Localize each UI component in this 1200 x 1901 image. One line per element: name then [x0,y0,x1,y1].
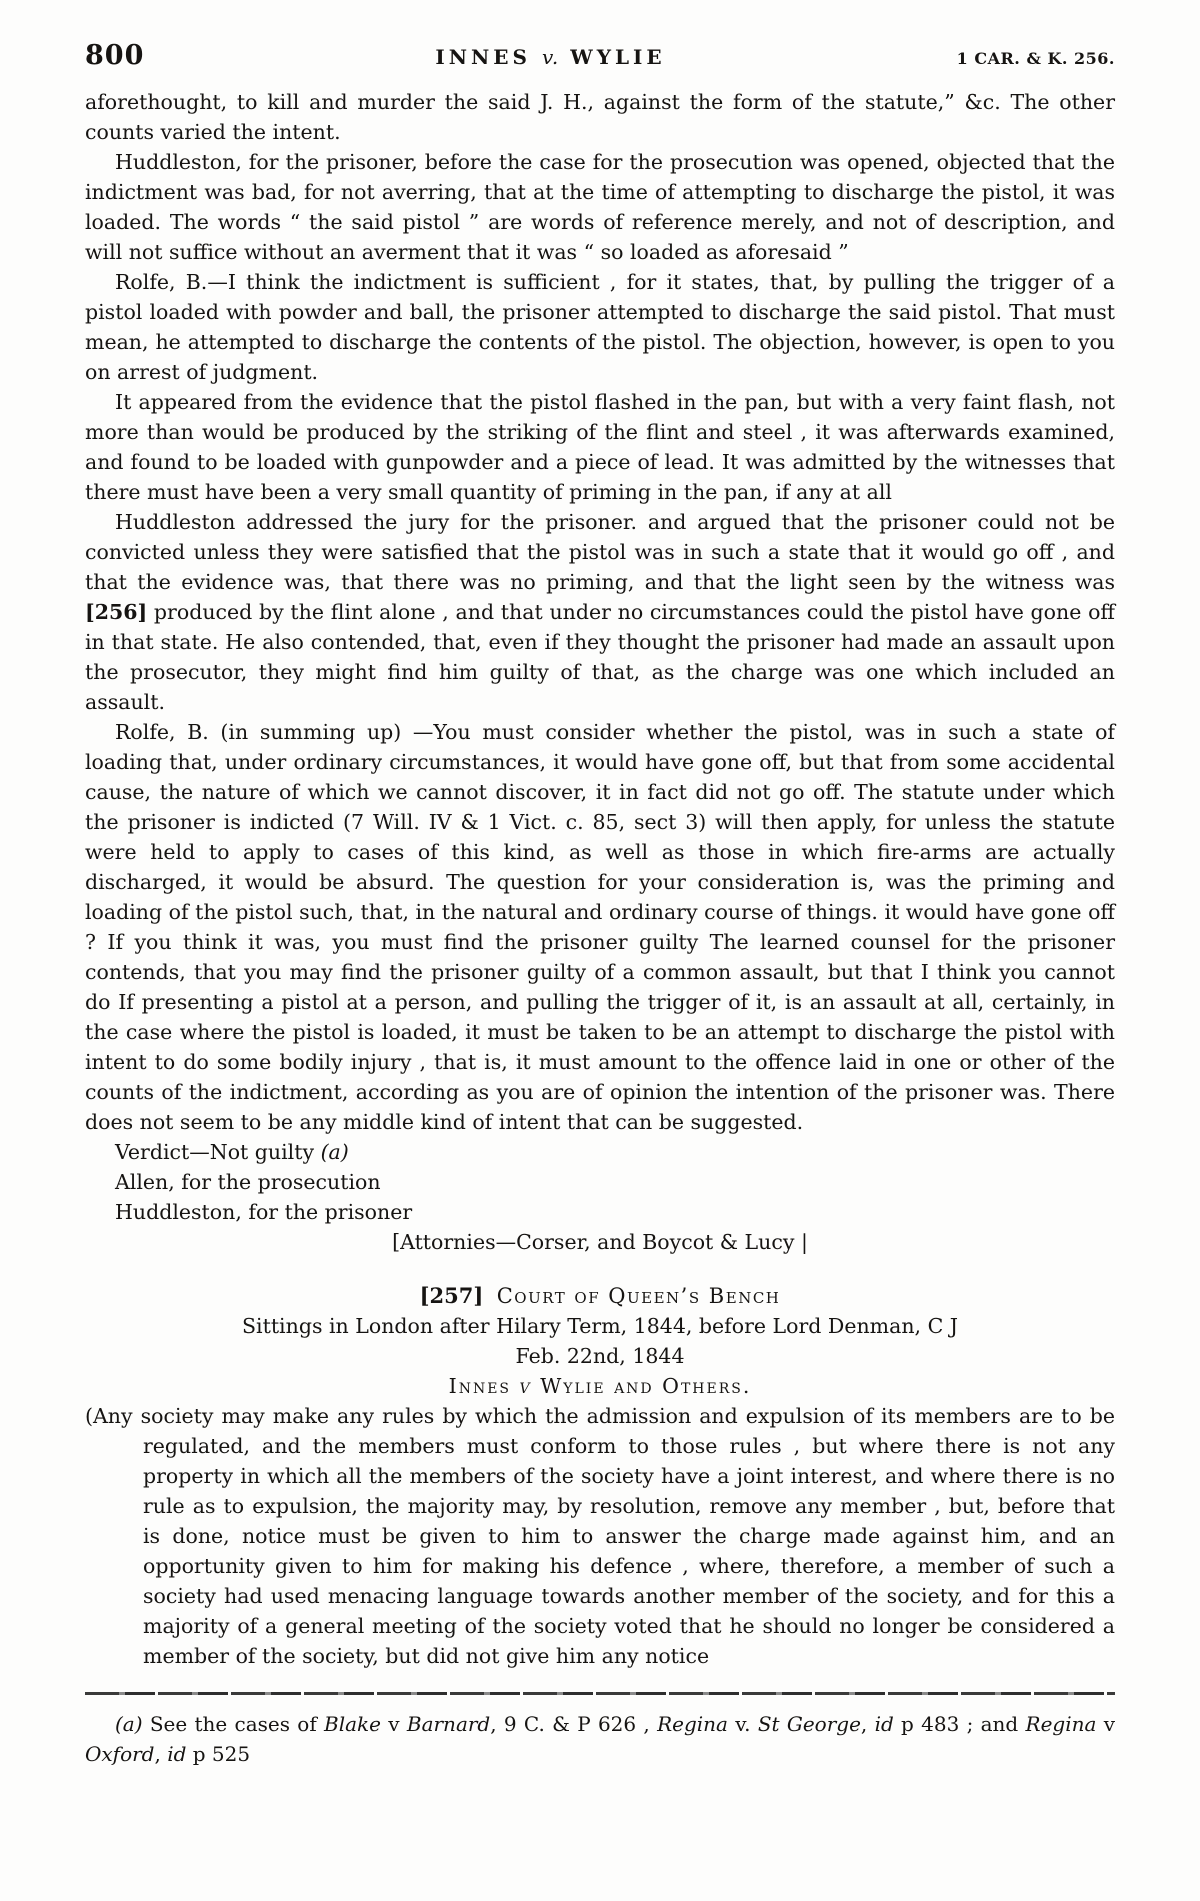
footnote-text: , 9 C. & P 626 , [490,1712,657,1736]
case-title-plaintiff: Innes [449,1374,520,1398]
footnote-text: p 483 ; and [894,1712,1026,1736]
page-break-marker-257: [257] [420,1283,484,1308]
cited-case-name: Blake [324,1712,381,1736]
running-head: 800 INNES v. WYLIE 1 CAR. & K. 256. [85,40,1115,71]
paragraph-text: Huddleston addressed the jury for the pr… [85,510,1115,594]
sittings-line: Sittings in London after Hilary Term, 18… [85,1311,1115,1341]
paragraph-continuation: aforethought, to kill and murder the sai… [85,87,1115,147]
verdict-line: Verdict—Not guilty (a) [85,1137,1115,1167]
paragraph-evidence: It appeared from the evidence that the p… [85,387,1115,507]
footnote: (a) See the cases of Blake v Barnard, 9 … [85,1709,1115,1769]
counsel-line-prosecution: Allen, for the prosecution [85,1167,1115,1197]
running-title-right: WYLIE [570,45,665,69]
cited-case-name: Barnard [407,1712,490,1736]
court-name: Court of Queen’s Bench [497,1284,781,1308]
footnote-text: v. [728,1712,758,1736]
attornies-line: [Attornies—Corser, and Boycot & Lucy | [85,1227,1115,1257]
footnote-rule [85,1692,1115,1695]
footnote-text: See the cases of [143,1712,324,1736]
case-title: Innes v Wylie and Others. [85,1371,1115,1401]
court-heading: [257] Court of Queen’s Bench [85,1281,1115,1311]
page-break-marker-256: [256] [85,600,147,624]
cited-case-name: Regina [1026,1712,1097,1736]
verdict-text: Verdict—Not guilty [115,1140,321,1164]
cited-case-name: St George [758,1712,861,1736]
footnote-text: v [1096,1712,1115,1736]
footnote-text: , [861,1712,875,1736]
paragraph-huddleston-objection: Huddleston, for the prisoner, before the… [85,147,1115,267]
footnote-text: p 525 [186,1742,250,1766]
paragraph-summing-up: Rolfe, B. (in summing up) —You must cons… [85,717,1115,1137]
cited-case-name: Regina [657,1712,728,1736]
date-line: Feb. 22nd, 1844 [85,1341,1115,1371]
running-title-left: INNES [435,45,531,69]
footnote-text: v [381,1712,407,1736]
footnote-text: , [154,1742,167,1766]
case-title-versus: v [520,1374,532,1398]
case-title-defendant: Wylie and Others. [532,1374,752,1398]
cited-case-ibid: id [875,1712,894,1736]
counsel-line-prisoner: Huddleston, for the prisoner [85,1197,1115,1227]
page-number: 800 [85,40,144,71]
footnote-label: (a) [115,1712,143,1736]
running-title-versus: v. [542,45,559,69]
cited-case-name: Oxford [85,1742,154,1766]
report-citation: 1 CAR. & K. 256. [957,49,1115,68]
paragraph-huddleston-address: Huddleston addressed the jury for the pr… [85,507,1115,717]
case-body: aforethought, to kill and murder the sai… [85,87,1115,1257]
footnote-reference: (a) [321,1140,349,1164]
running-title: INNES v. WYLIE [435,45,665,69]
paragraph-rolfe-ruling: Rolfe, B.—I think the indictment is suff… [85,267,1115,387]
scanned-report-page: 800 INNES v. WYLIE 1 CAR. & K. 256. afor… [0,0,1200,1901]
second-case-heading: [257] Court of Queen’s Bench Sittings in… [85,1281,1115,1401]
footnote-paragraph: (a) See the cases of Blake v Barnard, 9 … [85,1709,1115,1769]
cited-case-ibid: id [167,1742,186,1766]
headnote: (Any society may make any rules by which… [85,1401,1115,1671]
paragraph-text: produced by the flint alone , and that u… [85,600,1115,714]
